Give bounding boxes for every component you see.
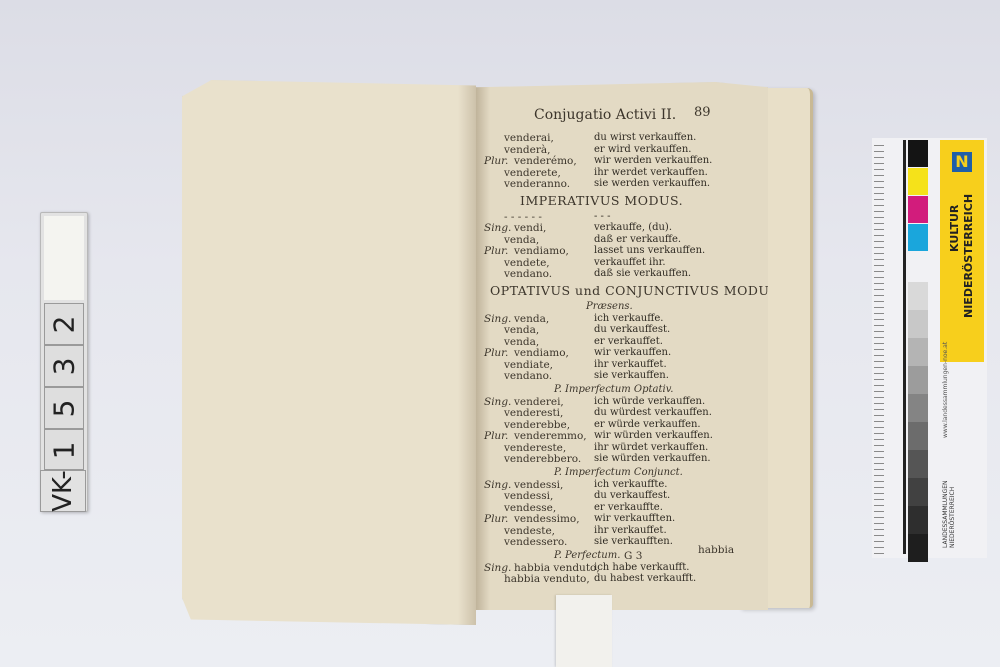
number-label: Sing. xyxy=(484,313,511,325)
website-text: www.landessammlungen-noe.at xyxy=(942,342,949,438)
label-prefix: VK- xyxy=(40,470,86,512)
german-translation: daß er verkauffe. xyxy=(594,234,681,246)
section-heading: IMPERATIVUS MODUS. xyxy=(520,195,683,207)
german-translation: verkauffe, (du). xyxy=(594,222,672,234)
german-translation: ich habe verkaufft. xyxy=(594,562,689,574)
italian-form: venderanno. xyxy=(504,178,570,190)
german-translation: du verkauffest. xyxy=(594,324,670,336)
color-swatch xyxy=(908,140,928,167)
color-calibration-chart: N KULTUR NIEDERÖSTERREICH www.landessamm… xyxy=(872,138,987,558)
paper-bookmark-strip xyxy=(556,595,612,667)
german-translation: lasset uns verkauffen. xyxy=(594,245,705,257)
label-blank-area xyxy=(44,216,84,300)
italian-form: venderete, xyxy=(504,167,561,179)
italian-form: habbia venduto, xyxy=(504,573,590,585)
italian-form: vendiate, xyxy=(504,359,553,371)
italian-form: venderei, xyxy=(514,396,564,408)
label-digit: 2 xyxy=(44,303,84,345)
subsection-heading: Præsens. xyxy=(586,301,633,313)
signature-mark: G 3 xyxy=(624,550,642,562)
number-label: Sing. xyxy=(484,222,511,234)
italian-form: venda, xyxy=(504,324,539,336)
german-translation: sie würden verkauffen. xyxy=(594,453,711,465)
italian-form: venderemmo, xyxy=(514,430,587,442)
section-heading: OPTATIVUS und CONJUNCTIVUS MODUS. xyxy=(490,285,782,297)
page-number: 89 xyxy=(694,107,711,119)
german-translation: sie verkauffen. xyxy=(594,370,669,382)
german-translation: er verkauffet. xyxy=(594,336,663,348)
gray-step-swatch xyxy=(908,282,928,310)
german-translation: du habest verkaufft. xyxy=(594,573,696,585)
number-label: Plur. xyxy=(484,430,508,442)
german-translation: er wird verkauffen. xyxy=(594,144,691,156)
gray-step-swatch xyxy=(908,450,928,478)
subsection-heading: P. Imperfectum Optativ. xyxy=(554,384,673,396)
gray-step-swatch xyxy=(908,506,928,534)
ruler-edge-line xyxy=(903,140,906,554)
german-translation: ihr würdet verkauffen. xyxy=(594,442,708,454)
color-swatch xyxy=(908,196,928,223)
label-digit: 5 xyxy=(44,387,84,429)
german-translation: verkauffet ihr. xyxy=(594,257,666,269)
italian-form: vendano. xyxy=(504,268,552,280)
german-translation: du würdest verkauffen. xyxy=(594,407,712,419)
german-translation: wir werden verkauffen. xyxy=(594,155,712,167)
gray-step-swatch xyxy=(908,394,928,422)
scale-ruler xyxy=(874,140,904,554)
german-translation: er würde verkauffen. xyxy=(594,419,701,431)
german-translation: wir verkaufften. xyxy=(594,513,675,525)
italian-form: vendessimo, xyxy=(514,513,580,525)
german-translation: er verkauffte. xyxy=(594,502,663,514)
subsection-heading: P. Imperfectum Conjunct. xyxy=(554,467,683,479)
institution-name: LANDESSAMMLUNGEN NIEDERÖSTERREICH xyxy=(942,480,956,548)
italian-form: vendi, xyxy=(514,222,546,234)
number-label: Sing. xyxy=(484,562,511,574)
german-translation: ich würde verkauffen. xyxy=(594,396,705,408)
italian-form: venderai, xyxy=(504,132,554,144)
number-label: Plur. xyxy=(484,245,508,257)
german-translation: ich verkauffte. xyxy=(594,479,667,491)
running-head: Conjugatio Activi II. xyxy=(534,109,676,121)
gray-step-swatch xyxy=(908,366,928,394)
german-translation: ich verkauffe. xyxy=(594,313,663,325)
brand-panel: N KULTUR NIEDERÖSTERREICH xyxy=(940,140,984,362)
number-label: Sing. xyxy=(484,479,511,491)
italian-form: vendano. xyxy=(504,370,552,382)
german-translation: ihr werdet verkauffen. xyxy=(594,167,708,179)
italian-form: venderémo, xyxy=(514,155,577,167)
gray-step-swatch xyxy=(908,534,928,562)
italian-form: vendete, xyxy=(504,257,550,269)
number-label: Plur. xyxy=(484,155,508,167)
german-translation: du wirst verkauffen. xyxy=(594,132,696,144)
italian-form: venderebbero. xyxy=(504,453,581,465)
italian-form: vendereste, xyxy=(504,442,566,454)
italian-form: vendessi, xyxy=(514,479,563,491)
italian-form: venda, xyxy=(504,336,539,348)
italian-form: - - - - - - xyxy=(504,211,542,223)
subsection-heading: P. Perfectum. xyxy=(554,550,620,562)
italian-form: vendiamo, xyxy=(514,347,569,359)
italian-form: vendessi, xyxy=(504,490,553,502)
german-translation: du verkauffest. xyxy=(594,490,670,502)
brand-logo-icon: N xyxy=(952,152,972,172)
italian-form: vendiamo, xyxy=(514,245,569,257)
gray-step-swatch xyxy=(908,310,928,338)
german-translation: wir verkauffen. xyxy=(594,347,671,359)
german-translation: daß sie verkauffen. xyxy=(594,268,691,280)
brand-line-1: KULTUR xyxy=(948,205,961,252)
gray-step-swatch xyxy=(908,478,928,506)
gray-step-swatch xyxy=(908,422,928,450)
number-label: Plur. xyxy=(484,347,508,359)
color-swatch xyxy=(908,168,928,195)
italian-form: vendeste, xyxy=(504,525,555,537)
number-label: Plur. xyxy=(484,513,508,525)
right-page: Conjugatio Activi II. 89 venderai,du wir… xyxy=(476,82,768,610)
label-digit: 3 xyxy=(44,345,84,387)
german-translation: sie verkaufften. xyxy=(594,536,673,548)
italian-form: venderesti, xyxy=(504,407,563,419)
italian-form: venderà, xyxy=(504,144,550,156)
german-translation: ihr verkauffet. xyxy=(594,525,667,537)
italian-form: venda, xyxy=(504,234,539,246)
italian-form: venda, xyxy=(514,313,549,325)
german-translation: wir würden verkauffen. xyxy=(594,430,713,442)
number-label: Sing. xyxy=(484,396,511,408)
italian-form: vendesse, xyxy=(504,502,556,514)
italian-form: habbia venduto, xyxy=(514,562,600,574)
german-translation: sie werden verkauffen. xyxy=(594,178,710,190)
italian-form: venderebbe, xyxy=(504,419,570,431)
gray-step-swatch xyxy=(908,338,928,366)
german-translation: ihr verkauffet. xyxy=(594,359,667,371)
german-translation: - - - xyxy=(594,211,611,223)
italian-form: vendessero. xyxy=(504,536,567,548)
catchword: habbia xyxy=(698,544,734,556)
brand-line-2: NIEDERÖSTERREICH xyxy=(962,194,975,318)
left-page-blank xyxy=(182,80,476,625)
color-swatch xyxy=(908,224,928,251)
label-digit: 1 xyxy=(44,429,84,471)
accession-number-label: 2 3 5 1 2 xyxy=(40,212,88,512)
